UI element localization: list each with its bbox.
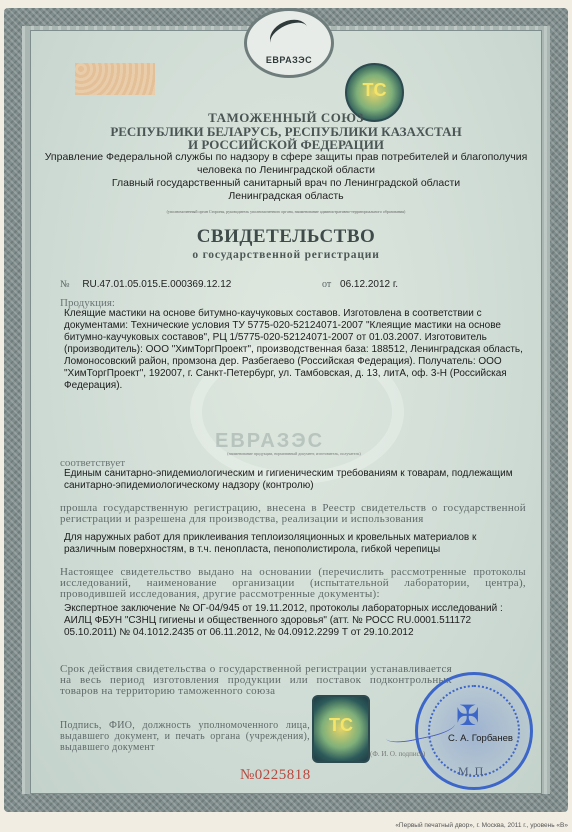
hologram-seal-icon: ТС: [312, 695, 370, 763]
eurasec-emblem: ЕВРАЗЭС: [244, 8, 334, 78]
serial-number: №0225818: [240, 767, 311, 784]
issue-date: 06.12.2012 г.: [340, 279, 398, 290]
agency-line-1: Управление Федеральной службы по надзору…: [0, 151, 572, 164]
printer-imprint: «Первый печатный двор», г. Москва, 2011 …: [395, 822, 568, 829]
date-prefix: от: [322, 279, 331, 290]
agency-caption: (уполномоченный орган Стороны, руководит…: [0, 209, 572, 214]
emblem-label: ЕВРАЗЭС: [247, 55, 331, 65]
eurasec-logo-icon: [265, 14, 313, 56]
validity-statement: Срок действия свидетельства о государств…: [60, 664, 452, 697]
document-title: СВИДЕТЕЛЬСТВО: [0, 226, 572, 248]
usage-scope: Для наружных работ для приклеивания тепл…: [64, 532, 524, 556]
document-subtitle: о государственной регистрации: [0, 249, 572, 261]
stamp-label: М. П.: [458, 764, 486, 779]
product-description: Клеящие мастики на основе битумно-каучук…: [64, 308, 524, 392]
compliance-text: Единым санитарно-эпидемиологическим и ги…: [64, 468, 524, 492]
agency-line-3: Главный государственный санитарный врач …: [0, 177, 572, 190]
signature-statement: Подпись, ФИО, должность уполномоченного …: [60, 720, 310, 753]
signature-caption: (Ф. И. О. подпись): [370, 750, 425, 758]
number-sign: №: [60, 279, 70, 290]
certificate-number-row: № RU.47.01.05.015.Е.000369.12.12 от 06.1…: [60, 279, 532, 290]
issuing-agency: Управление Федеральной службы по надзору…: [0, 151, 572, 203]
agency-line-4: Ленинградская область: [0, 190, 572, 203]
basis-documents: Экспертное заключение № ОГ-04/945 от 19.…: [64, 603, 524, 639]
agency-line-2: человека по Ленинградской области: [0, 164, 572, 177]
signer-name: С. А. Горбанев: [448, 733, 513, 744]
registration-statement: прошла государственную регистрацию, внес…: [60, 503, 526, 525]
security-pattern: [75, 63, 155, 95]
coat-of-arms-icon: ✠: [456, 699, 479, 732]
certificate-number: RU.47.01.05.015.Е.000369.12.12: [82, 279, 231, 290]
issue-date-group: от 06.12.2012 г.: [322, 279, 398, 290]
basis-statement: Настоящее свидетельство выдано на основа…: [60, 567, 526, 600]
product-caption: (наименование продукции, нормативный док…: [60, 451, 528, 456]
watermark-label: ЕВРАЗЭС: [215, 430, 324, 453]
